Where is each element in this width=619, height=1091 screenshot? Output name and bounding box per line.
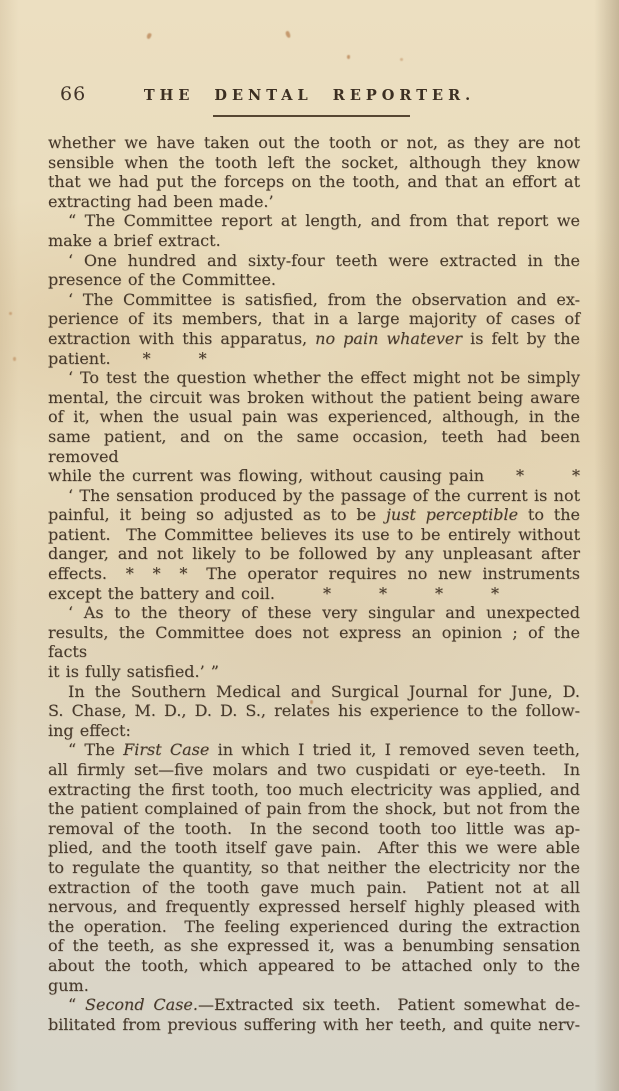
text-line: the operation. The feeling experienced d… bbox=[48, 917, 580, 937]
paragraph: ‘ The Committee is satisfied, from the o… bbox=[48, 290, 580, 368]
text-line: extraction with this apparatus, no pain … bbox=[48, 329, 580, 349]
text-line: nervous, and frequently expressed hersel… bbox=[48, 897, 580, 917]
header-rule bbox=[213, 115, 410, 117]
text-line: patient. * * bbox=[48, 349, 580, 369]
text-line: about the tooth, which appeared to be at… bbox=[48, 956, 580, 976]
paragraph: ‘ The sensation produced by the passage … bbox=[48, 486, 580, 604]
text-line: while the current was flowing, without c… bbox=[48, 466, 580, 486]
page-body: whether we have taken out the tooth or n… bbox=[48, 133, 580, 1034]
text-line: extraction of the tooth gave much pain. … bbox=[48, 878, 580, 898]
paper-speck bbox=[285, 31, 291, 39]
paragraph: ‘ As to the theory of these very singula… bbox=[48, 603, 580, 681]
text-line: danger, and not likely to be followed by… bbox=[48, 544, 580, 564]
text-line: ‘ The sensation produced by the passage … bbox=[48, 486, 580, 506]
text-line: mental, the circuit was broken without t… bbox=[48, 388, 580, 408]
paper-speck bbox=[13, 357, 16, 361]
text-line: ‘ One hundred and sixty-four teeth were … bbox=[48, 251, 580, 271]
text-line: it is fully satisfied.’ ” bbox=[48, 662, 580, 682]
paragraph: ‘ To test the question whether the effec… bbox=[48, 368, 580, 486]
text-line: patient. The Committee believes its use … bbox=[48, 525, 580, 545]
text-line: bilitated from previous suffering with h… bbox=[48, 1015, 580, 1035]
text-line: ‘ The Committee is satisfied, from the o… bbox=[48, 290, 580, 310]
text-line: extracting the first tooth, too much ele… bbox=[48, 780, 580, 800]
text-line: plied, and the tooth itself gave pain. A… bbox=[48, 838, 580, 858]
paragraph: “ Second Case.—Extracted six teeth. Pati… bbox=[48, 995, 580, 1034]
text-line: effects. * * * The operator requires no … bbox=[48, 564, 580, 584]
text-line: ing effect: bbox=[48, 721, 580, 741]
paper-speck bbox=[146, 32, 152, 39]
text-line: of the teeth, as she expressed it, was a… bbox=[48, 936, 580, 956]
text-line: that we had put the forceps on the tooth… bbox=[48, 172, 580, 192]
text-line: removal of the tooth. In the second toot… bbox=[48, 819, 580, 839]
text-line: painful, it being so adjusted as to be j… bbox=[48, 505, 580, 525]
paragraph: “ The First Case in which I tried it, I … bbox=[48, 740, 580, 995]
text-line: to regulate the quantity, so that neithe… bbox=[48, 858, 580, 878]
paragraph: ‘ One hundred and sixty-four teeth were … bbox=[48, 251, 580, 290]
text-line: the patient complained of pain from the … bbox=[48, 799, 580, 819]
text-line: In the Southern Medical and Surgical Jou… bbox=[48, 682, 580, 702]
paper-speck bbox=[347, 55, 350, 59]
paragraph: “ The Committee report at length, and fr… bbox=[48, 211, 580, 250]
text-line: except the battery and coil. * * * * bbox=[48, 584, 580, 604]
text-line: all firmly set—five molars and two cuspi… bbox=[48, 760, 580, 780]
text-line: make a brief extract. bbox=[48, 231, 580, 251]
text-line: “ Second Case.—Extracted six teeth. Pati… bbox=[48, 995, 580, 1015]
text-line: extracting had been made.’ bbox=[48, 192, 580, 212]
text-line: results, the Committee does not express … bbox=[48, 623, 580, 662]
text-line: perience of its members, that in a large… bbox=[48, 309, 580, 329]
text-line: “ The Committee report at length, and fr… bbox=[48, 211, 580, 231]
text-line: ‘ As to the theory of these very singula… bbox=[48, 603, 580, 623]
scanned-book-page: 66 THE DENTAL REPORTER. whether we have … bbox=[0, 0, 619, 1091]
text-line: sensible when the tooth left the socket,… bbox=[48, 153, 580, 173]
page-title: THE DENTAL REPORTER. bbox=[0, 87, 619, 104]
text-line: ‘ To test the question whether the effec… bbox=[48, 368, 580, 388]
text-line: same patient, and on the same occasion, … bbox=[48, 427, 580, 466]
text-line: “ The First Case in which I tried it, I … bbox=[48, 740, 580, 760]
text-line: gum. bbox=[48, 976, 580, 996]
text-line: whether we have taken out the tooth or n… bbox=[48, 133, 580, 153]
paragraph: In the Southern Medical and Surgical Jou… bbox=[48, 682, 580, 741]
paper-speck bbox=[400, 58, 403, 61]
text-line: S. Chase, M. D., D. D. S., relates his e… bbox=[48, 701, 580, 721]
paragraph: whether we have taken out the tooth or n… bbox=[48, 133, 580, 211]
text-line: of it, when the usual pain was experienc… bbox=[48, 407, 580, 427]
text-line: presence of the Committee. bbox=[48, 270, 580, 290]
paper-speck bbox=[9, 312, 12, 315]
